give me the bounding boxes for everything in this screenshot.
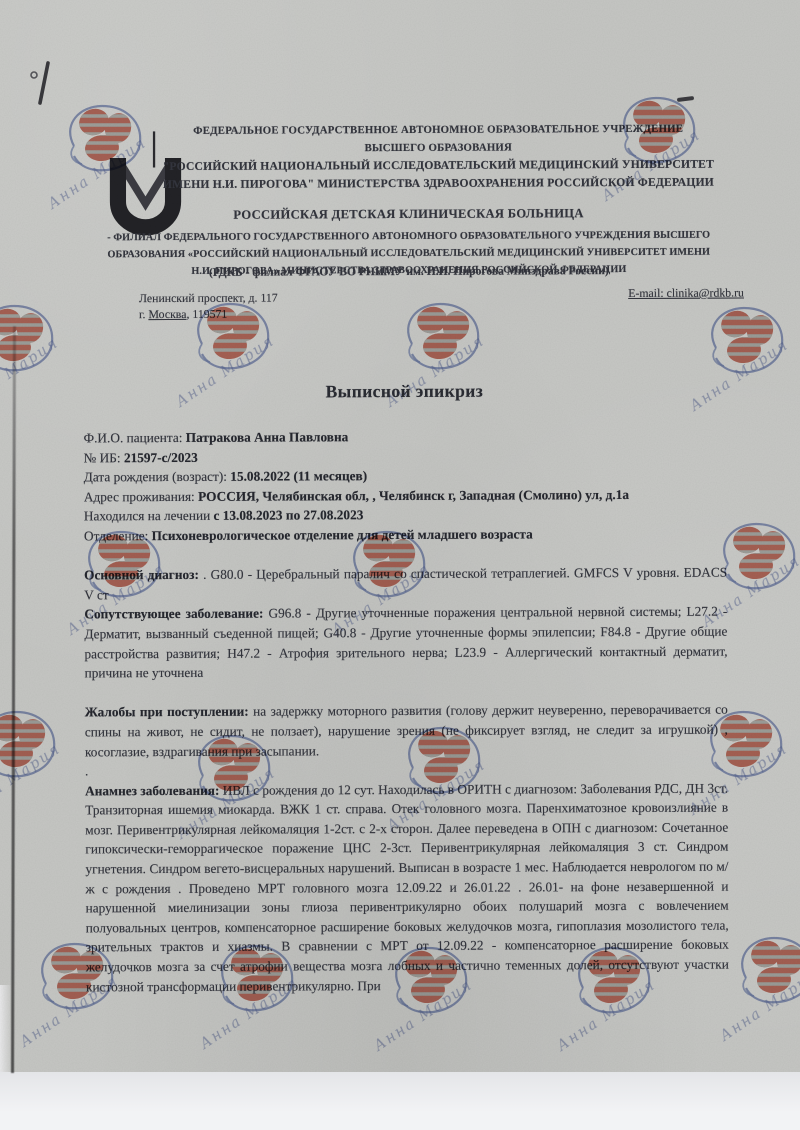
comorbidity-paragraph: Сопутствующее заболевание: G96.8 - Други… [84, 602, 727, 683]
document-content: ФЕДЕРАЛЬНОЕ ГОСУДАРСТВЕННОЕ АВТОНОМНОЕ О… [0, 0, 800, 1074]
document-body: Ф.И.О. пациента: Патракова Анна Павловна… [84, 426, 729, 997]
complaints-paragraph: Жалобы при поступлении: на задержку мото… [85, 700, 728, 762]
scanner-background [0, 1072, 800, 1130]
scanned-document-page: ФЕДЕРАЛЬНОЕ ГОСУДАРСТВЕННОЕ АВТОНОМНОЕ О… [0, 0, 800, 1130]
postal-address: Ленинский проспект, д. 117 г. Москва, 11… [139, 290, 278, 323]
email-link[interactable]: clinika@rdkb.ru [667, 285, 744, 299]
org-line: ФЕДЕРАЛЬНОЕ ГОСУДАРСТВЕННОЕ АВТОНОМНОЕ О… [148, 120, 728, 141]
hospital-name: РОССИЙСКАЯ ДЕТСКАЯ КЛИНИЧЕСКАЯ БОЛЬНИЦА [119, 206, 699, 224]
email-label: E-mail: [628, 286, 666, 300]
email-line: E-mail: clinika@rdkb.ru [628, 285, 744, 301]
address-street: Ленинский проспект, д. 117 [139, 290, 278, 307]
org-line: ИМЕНИ Н.И. ПИРОГОВА" МИНИСТЕРСТВА ЗДРАВО… [148, 174, 728, 195]
hospital-abbreviation-line: (РДКБ - филиал ФГАОУ ВО РНИМУ им. Н.И. П… [119, 264, 699, 280]
institution-header: ФЕДЕРАЛЬНОЕ ГОСУДАРСТВЕННОЕ АВТОНОМНОЕ О… [148, 120, 728, 195]
anamnesis-paragraph: Анамнез заболевания: ИВЛ с рождения до 1… [85, 778, 729, 996]
main-diagnosis-paragraph: Основной диагноз: . G80.0 - Церебральный… [84, 563, 727, 605]
address-city-line: г. Москва, 119571 [139, 306, 278, 323]
document-title: Выписной эпикриз [0, 379, 800, 404]
address-city: Москва [148, 307, 186, 321]
